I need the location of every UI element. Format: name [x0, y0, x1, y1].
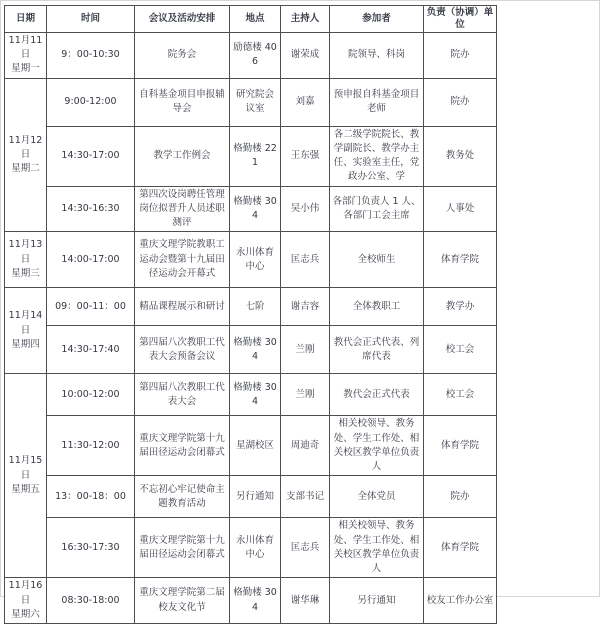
participants-cell: 预申报自科基金项目老师 — [330, 78, 424, 126]
date-cell: 11月12日 星期二 — [5, 78, 47, 232]
schedule-row: 16:30-17:30 重庆文理学院第十九届田径运动会闭幕式 永川体育中心 匡志… — [5, 518, 497, 578]
host-cell: 支部书记 — [281, 476, 330, 518]
participants-cell: 相关校领导、教务处、学生工作处、相关校区教学单位负责人 — [330, 518, 424, 578]
unit-cell: 院办 — [424, 476, 497, 518]
schedule-row: 11月11日 星期一 9：00-10:30 院务会 励德楼 406 谢荣成 院领… — [5, 32, 497, 78]
participants-cell: 各二级学院院长、教学副院长、教学办主任、实验室主任，党政办公室、学 — [330, 126, 424, 186]
event-cell: 精品课程展示和研讨 — [135, 288, 230, 326]
participants-cell: 全体党员 — [330, 476, 424, 518]
event-cell: 第四届八次教职工代表大会预备会议 — [135, 326, 230, 374]
host-cell: 周迪奇 — [281, 416, 330, 476]
weekday-text: 星期二 — [7, 162, 44, 176]
host-cell: 谢华琳 — [281, 578, 330, 624]
time-cell: 14:30-17:00 — [47, 126, 135, 186]
unit-cell: 人事处 — [424, 186, 497, 232]
date-text: 11月12日 — [7, 134, 44, 163]
page-frame: 日期 时间 会议及活动安排 地点 主持人 参加者 负责（协调）单位 11月11日… — [0, 0, 600, 597]
weekday-text: 星期一 — [7, 62, 44, 76]
event-cell: 自科基金项目申报辅导会 — [135, 78, 230, 126]
unit-cell: 校工会 — [424, 326, 497, 374]
date-text: 11月11日 — [7, 34, 44, 63]
unit-cell: 体育学院 — [424, 232, 497, 288]
header-date: 日期 — [5, 6, 47, 33]
header-host: 主持人 — [281, 6, 330, 33]
schedule-row: 11月13日 星期三 14:00-17:00 重庆文理学院教职工运动会暨第十九届… — [5, 232, 497, 288]
schedule-row: 11月16日 星期六 08:30-18:00 重庆文理学院第二届校友文化节 格勤… — [5, 578, 497, 624]
date-text: 11月13日 — [7, 238, 44, 267]
weekday-text: 星期三 — [7, 267, 44, 281]
participants-cell: 相关校领导、教务处、学生工作处、相关校区教学单位负责人 — [330, 416, 424, 476]
schedule-row: 11月15日 星期五 10:00-12:00 第四届八次教职工代表大会 格勤楼 … — [5, 374, 497, 416]
date-cell: 11月16日 星期六 — [5, 578, 47, 624]
date-cell: 11月15日 星期五 — [5, 374, 47, 578]
time-cell: 08:30-18:00 — [47, 578, 135, 624]
host-cell: 谢吉容 — [281, 288, 330, 326]
place-cell: 永川体育中心 — [230, 232, 281, 288]
place-cell: 格勤楼 221 — [230, 126, 281, 186]
event-cell: 重庆文理学院教职工运动会暨第十九届田径运动会开幕式 — [135, 232, 230, 288]
place-cell: 励德楼 406 — [230, 32, 281, 78]
date-text: 11月14日 — [7, 309, 44, 338]
time-cell: 14:30-17:40 — [47, 326, 135, 374]
schedule-row: 11:30-12:00 重庆文理学院第十九届田径运动会闭幕式 星湖校区 周迪奇 … — [5, 416, 497, 476]
place-cell: 星湖校区 — [230, 416, 281, 476]
place-cell: 另行通知 — [230, 476, 281, 518]
schedule-row: 11月14日 星期四 09：00-11：00 精品课程展示和研讨 七阶 谢吉容 … — [5, 288, 497, 326]
header-event: 会议及活动安排 — [135, 6, 230, 33]
header-time: 时间 — [47, 6, 135, 33]
place-cell: 七阶 — [230, 288, 281, 326]
header-place: 地点 — [230, 6, 281, 33]
place-cell: 格勤楼 304 — [230, 578, 281, 624]
schedule-row: 14:30-17:40 第四届八次教职工代表大会预备会议 格勤楼 304 兰刚 … — [5, 326, 497, 374]
time-cell: 09：00-11：00 — [47, 288, 135, 326]
participants-cell: 教代会正式代表 — [330, 374, 424, 416]
event-cell: 重庆文理学院第十九届田径运动会闭幕式 — [135, 416, 230, 476]
event-cell: 第四届八次教职工代表大会 — [135, 374, 230, 416]
time-cell: 9:00-12:00 — [47, 78, 135, 126]
header-participants: 参加者 — [330, 6, 424, 33]
schedule-row: 14:30-16:30 第四次设岗聘任管理岗位拟晋升人员述职测评 格勤楼 304… — [5, 186, 497, 232]
unit-cell: 体育学院 — [424, 518, 497, 578]
place-cell: 格勤楼 304 — [230, 326, 281, 374]
schedule-row: 11月12日 星期二 9:00-12:00 自科基金项目申报辅导会 研究院会议室… — [5, 78, 497, 126]
unit-cell: 教务处 — [424, 126, 497, 186]
host-cell: 兰刚 — [281, 326, 330, 374]
event-cell: 不忘初心牢记使命主题教育活动 — [135, 476, 230, 518]
unit-cell: 校友工作办公室 — [424, 578, 497, 624]
participants-cell: 另行通知 — [330, 578, 424, 624]
weekday-text: 星期六 — [7, 608, 44, 622]
participants-cell: 各部门负责人 1 人、各部门工会主席 — [330, 186, 424, 232]
schedule-row: 14:30-17:00 教学工作例会 格勤楼 221 王东强 各二级学院院长、教… — [5, 126, 497, 186]
host-cell: 吴小伟 — [281, 186, 330, 232]
unit-cell: 院办 — [424, 78, 497, 126]
place-cell: 永川体育中心 — [230, 518, 281, 578]
host-cell: 谢荣成 — [281, 32, 330, 78]
date-text: 11月16日 — [7, 579, 44, 608]
unit-cell: 校工会 — [424, 374, 497, 416]
host-cell: 兰刚 — [281, 374, 330, 416]
participants-cell: 教代会正式代表、列席代表 — [330, 326, 424, 374]
header-unit: 负责（协调）单位 — [424, 6, 497, 33]
participants-cell: 全校师生 — [330, 232, 424, 288]
place-cell: 格勤楼 304 — [230, 186, 281, 232]
time-cell: 10:00-12:00 — [47, 374, 135, 416]
host-cell: 匡志兵 — [281, 518, 330, 578]
time-cell: 14:00-17:00 — [47, 232, 135, 288]
host-cell: 王东强 — [281, 126, 330, 186]
event-cell: 重庆文理学院第二届校友文化节 — [135, 578, 230, 624]
participants-cell: 院领导、科岗 — [330, 32, 424, 78]
time-cell: 14:30-16:30 — [47, 186, 135, 232]
time-cell: 13：00-18：00 — [47, 476, 135, 518]
unit-cell: 院办 — [424, 32, 497, 78]
header-row: 日期 时间 会议及活动安排 地点 主持人 参加者 负责（协调）单位 — [5, 6, 497, 33]
weekly-schedule-table: 日期 时间 会议及活动安排 地点 主持人 参加者 负责（协调）单位 11月11日… — [4, 5, 497, 624]
host-cell: 匡志兵 — [281, 232, 330, 288]
time-cell: 9：00-10:30 — [47, 32, 135, 78]
date-text: 11月15日 — [7, 454, 44, 483]
event-cell: 重庆文理学院第十九届田径运动会闭幕式 — [135, 518, 230, 578]
time-cell: 11:30-12:00 — [47, 416, 135, 476]
place-cell: 研究院会议室 — [230, 78, 281, 126]
unit-cell: 体育学院 — [424, 416, 497, 476]
event-cell: 院务会 — [135, 32, 230, 78]
event-cell: 第四次设岗聘任管理岗位拟晋升人员述职测评 — [135, 186, 230, 232]
schedule-row: 13：00-18：00 不忘初心牢记使命主题教育活动 另行通知 支部书记 全体党… — [5, 476, 497, 518]
date-cell: 11月14日 星期四 — [5, 288, 47, 374]
participants-cell: 全体教职工 — [330, 288, 424, 326]
unit-cell: 教学办 — [424, 288, 497, 326]
event-cell: 教学工作例会 — [135, 126, 230, 186]
date-cell: 11月11日 星期一 — [5, 32, 47, 78]
host-cell: 刘嘉 — [281, 78, 330, 126]
time-cell: 16:30-17:30 — [47, 518, 135, 578]
weekday-text: 星期五 — [7, 483, 44, 497]
weekday-text: 星期四 — [7, 338, 44, 352]
place-cell: 格勤楼 304 — [230, 374, 281, 416]
date-cell: 11月13日 星期三 — [5, 232, 47, 288]
